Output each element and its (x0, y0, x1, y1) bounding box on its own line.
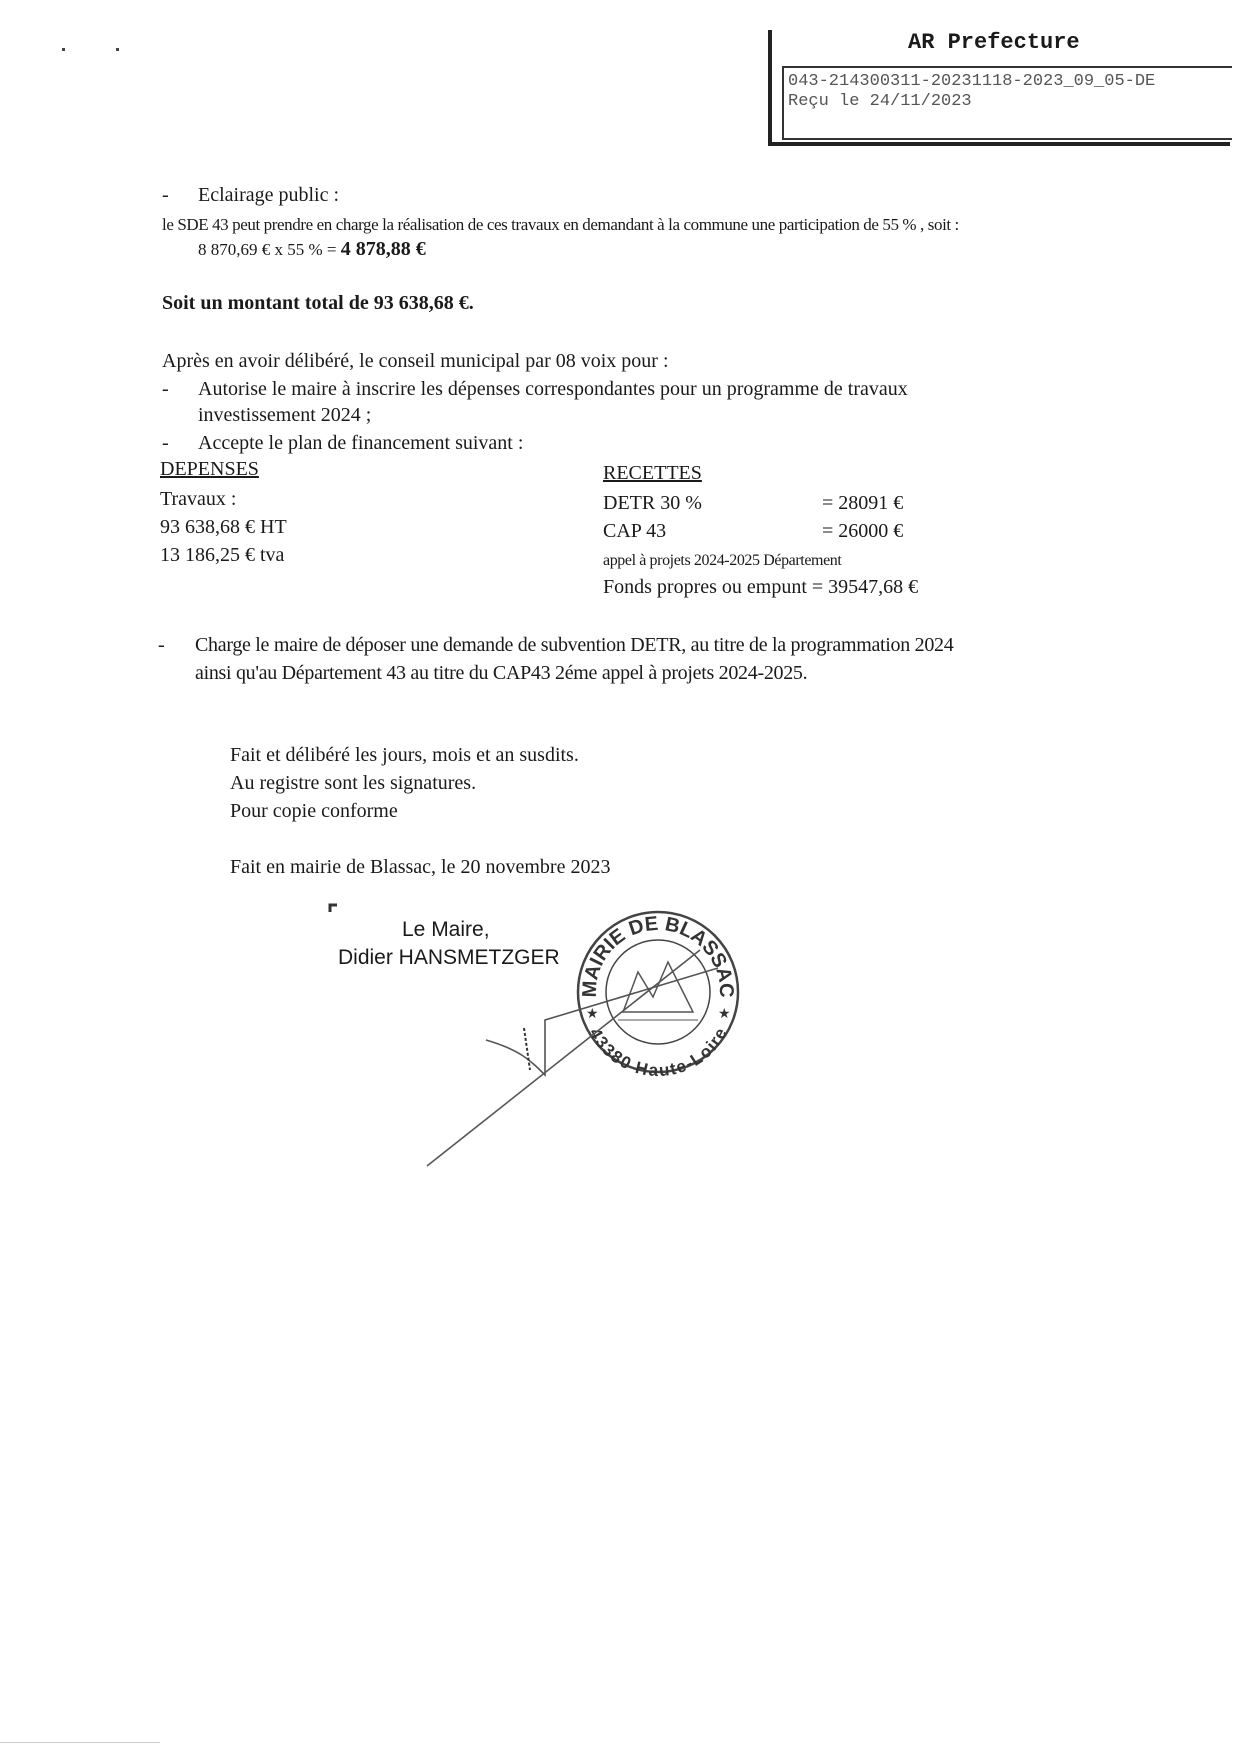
svg-text:★: ★ (586, 1007, 599, 1022)
scan-edge (0, 1742, 160, 1743)
svg-text:★: ★ (718, 1007, 731, 1022)
official-seal: MAIRIE DE BLASSAC 43380 Haute-Loire ★ ★ (578, 912, 738, 1080)
svg-text:43380 Haute-Loire: 43380 Haute-Loire (585, 1025, 730, 1080)
seal-and-signature: MAIRIE DE BLASSAC 43380 Haute-Loire ★ ★ (0, 0, 1240, 1753)
